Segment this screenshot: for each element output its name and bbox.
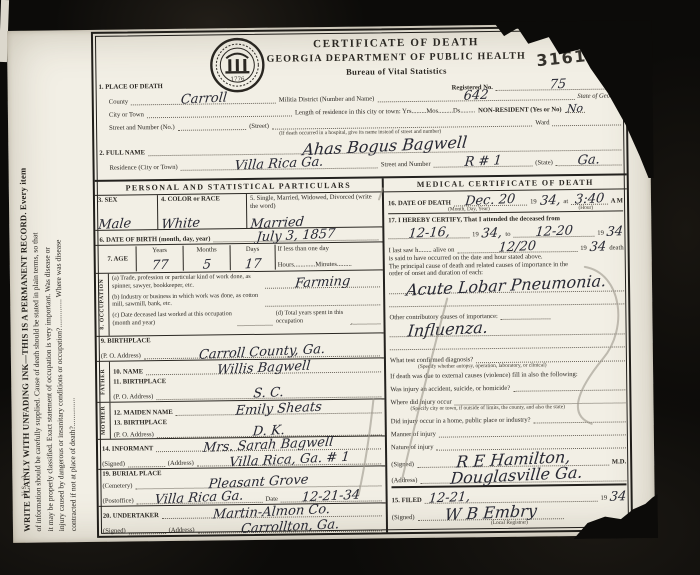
color-cell: 4. COLOR or RACE White (157, 194, 246, 229)
color-label: 4. COLOR or RACE (161, 195, 243, 203)
father-birthplace-handwriting: S. C. (253, 386, 285, 401)
nonresident-handwriting: No (566, 103, 583, 115)
certificate-form: 1776 CERTIFICATE OF DEATH GEORGIA DEPART… (91, 25, 633, 538)
manner-row: Manner of injury (391, 425, 626, 438)
state-label: (State) (535, 159, 553, 166)
nature-label: Nature of injury (391, 444, 434, 452)
father-name-line: Willis Bagwell (146, 360, 381, 375)
place-of-death-section: 1. PLACE OF DEATH County Carroll Militia… (99, 77, 622, 171)
date-of-death-row: 16. DATE OF DEATH Dec. 20 19 34, at 3:40… (388, 192, 623, 207)
age-days-cell: Days 17 (230, 245, 275, 271)
mother-name-line: Emily Sheats (176, 401, 382, 416)
md-label: M.D. (612, 458, 626, 465)
undertaker-signed-label: (Signed) (103, 528, 126, 535)
last-saw-handwriting: 12/20 (498, 240, 537, 255)
age-less-label: If less than one day (278, 245, 329, 253)
margin-instructions: WRITE PLAINLY WITH UNFADING INK—THIS IS … (15, 79, 85, 532)
occupation-b-line (265, 295, 380, 306)
mother-name-handwriting: Emily Sheats (235, 401, 322, 418)
place-of-death-label: 1. PLACE OF DEATH (99, 83, 163, 91)
mother-block: MOTHER 12. MAIDEN NAME Emily Sheats 13. … (97, 399, 384, 440)
city-label: City or Town (109, 111, 144, 118)
informant-address-label: (Address) (168, 460, 194, 467)
form-columns: PERSONAL AND STATISTICAL PARTICULARS 3. … (95, 173, 631, 535)
burial-cemetery-line: Pleasant Grove (135, 474, 381, 489)
physician-signed-label: (Signed) (391, 461, 414, 468)
occupation-c-label: (c) Date deceased last worked at this oc… (112, 310, 234, 327)
medical-section-header: MEDICAL CERTIFICATE OF DEATH (384, 175, 627, 192)
age-days-handwriting: 17 (244, 258, 262, 272)
undertaker-gap-line (129, 524, 166, 534)
last-saw-row: I last saw h........ alive on 12/20 19 3… (389, 239, 624, 254)
occupation-c-line (237, 315, 273, 325)
occupation-side-label: 8. OCCUPATION (96, 274, 110, 336)
occupation-a-line: Farming (265, 275, 380, 288)
age-months-cell: Months 5 (183, 245, 230, 271)
street-and-number-label: Street and Number (381, 161, 431, 169)
accident-label: Was injury an accident, suicide, or homi… (390, 385, 510, 393)
form-code: V. S.—2 (22, 476, 28, 496)
ward-line (552, 115, 621, 126)
father-po-label: (P. O. Address) (113, 393, 153, 400)
age-years-cell: Years 77 (136, 246, 183, 272)
death-word: death (609, 244, 623, 251)
mother-maiden-name-label: 12. MAIDEN NAME (114, 409, 173, 417)
birthplace-line: Carroll County, Ga. (144, 344, 380, 359)
residence-line: Villa Rica Ga. (181, 156, 378, 170)
age-label-cell: 7. AGE (100, 246, 136, 271)
dob-handwriting: July 3, 1857 (256, 228, 336, 245)
personal-column: PERSONAL AND STATISTICAL PARTICULARS 3. … (95, 178, 388, 536)
contributory-line: Influenza. (389, 319, 624, 337)
registrar-signature-handwriting: W B Embry (444, 503, 538, 523)
physician-address-label: (Address) (391, 477, 417, 484)
date-of-death-line: Dec. 20 (454, 194, 527, 207)
street-no-line (178, 120, 247, 131)
birthplace-block: 9. BIRTHPLACE (P. O. Address) Carroll Co… (97, 333, 384, 362)
militia-handwriting: 642 (463, 89, 489, 103)
mother-po-label: (P. O. Address) (114, 431, 154, 438)
accident-row: Was injury an accident, suicide, or homi… (390, 380, 625, 393)
militia-line: 642 (377, 88, 574, 102)
attended-to-line: 12-20 (513, 225, 594, 238)
birthplace-po-label: (P. O. Address) (101, 352, 141, 359)
informant-signed-label: (Signed) (102, 461, 125, 468)
did-injury-row: Did injury occur in a home, public place… (391, 412, 626, 425)
full-name-label: 2. FULL NAME (99, 149, 145, 157)
county-line: Carroll (131, 92, 276, 106)
filed-label: 15. FILED (392, 497, 422, 504)
title-department: GEORGIA DEPARTMENT OF PUBLIC HEALTH (211, 50, 581, 66)
burial-date-line: 12-21-34 (281, 489, 382, 502)
burial-cemetery-label: (Cemetery) (102, 482, 132, 489)
occupation-b-label: (b) Industry or business in which work w… (112, 291, 262, 308)
contributory-tail-line (501, 309, 551, 320)
age-days-label: Days (246, 246, 260, 253)
county-label: County (109, 98, 129, 105)
filed-year-handwriting: 34 (609, 490, 627, 504)
informant-block: 14. INFORMANT Mrs. Sarah Bagwell (Signed… (98, 436, 385, 470)
marital-label: 5. Single, Married, Widowed, Divorced (w… (250, 193, 379, 210)
last-saw-year-pre: 19 (580, 245, 587, 252)
occupation-a-label: (a) Trade, profession or particular kind… (112, 273, 262, 290)
age-years-handwriting: 77 (151, 259, 169, 273)
test-caption: (Specify whether autopsy, operation, lab… (418, 362, 547, 370)
accident-line (513, 380, 625, 391)
father-side-label: FATHER (97, 361, 110, 402)
dob-line: July 3, 1857 (213, 228, 378, 242)
residence-handwriting: Villa Rica Ga. (234, 155, 324, 172)
informant-label: 14. INFORMANT (102, 445, 153, 453)
contributory-handwriting: Influenza. (407, 320, 489, 340)
militia-district-label: Militia District (Number and Name) (279, 95, 375, 103)
informant-gap-line (128, 457, 165, 467)
nonresident-label: NON-RESIDENT (Yes or No) (478, 106, 562, 114)
form-header: 1776 CERTIFICATE OF DEATH GEORGIA DEPART… (93, 27, 627, 179)
date-of-death-handwriting: Dec. 20 (465, 193, 516, 208)
attended-from-line: 12-16, (388, 226, 469, 239)
street-and-number-line: R # 1 (434, 155, 533, 168)
length-residence-label: Length of residence in this city or town… (295, 107, 475, 116)
filed-year-pre: 19 (600, 495, 607, 502)
age-months-label: Months (196, 246, 216, 253)
street-paren-label: (Street) (249, 123, 269, 130)
nonresident-line: No (565, 103, 585, 113)
did-injury-line (534, 412, 626, 423)
age-row: 7. AGE Years 77 Months 5 Days 17 (96, 242, 383, 274)
burial-date-label: Date (265, 496, 278, 503)
city-line (147, 106, 292, 118)
burial-postoffice-line: Villa Rica Ga. (137, 491, 263, 505)
occupation-d-line (350, 314, 381, 324)
dod-time-handwriting: 3:40 (574, 192, 604, 206)
age-hours-minutes-label: Hours.............Minutes......... (278, 261, 352, 269)
undertaker-block: 20. UNDERTAKER Martin-Almon Co. (Signed)… (99, 503, 386, 536)
physician-address-row: (Address) Douglasville Ga. (391, 466, 626, 488)
medical-column: MEDICAL CERTIFICATE OF DEATH 16. DATE OF… (384, 175, 631, 532)
attended-to-year-pre: 19 (597, 230, 604, 237)
sex-label: 3. SEX (98, 196, 154, 204)
sex-cell: 3. SEX Male (95, 195, 157, 230)
physician-address-line: Douglasville Ga. (420, 466, 626, 484)
last-saw-year-handwriting: 34 (589, 240, 607, 254)
death-certificate-document: WRITE PLAINLY WITH UNFADING INK—THIS IS … (7, 23, 655, 543)
manner-label: Manner of injury (391, 431, 436, 439)
did-injury-label: Did injury occur in a home, public place… (391, 417, 531, 426)
cause-line: Acute Lobar Pneumonia. (389, 276, 624, 294)
manner-line (439, 425, 626, 437)
occupation-a-handwriting: Farming (294, 274, 350, 290)
occupation-body: (a) Trade, profession or particular kind… (109, 270, 384, 335)
last-saw-line: 12/20 (457, 240, 577, 253)
attended-to-year-handwriting: 34 (606, 225, 624, 239)
mother-side-label: MOTHER (97, 403, 110, 439)
sex-color-marital-row: 3. SEX Male 4. COLOR or RACE White 5. Si… (95, 192, 382, 231)
age-label: 7. AGE (107, 255, 128, 262)
attended-from-handwriting: 12-16, (407, 226, 450, 241)
burial-postoffice-label: (Postoffice) (103, 497, 134, 504)
county-handwriting: Carroll (180, 91, 227, 106)
attended-row: 12-16, 19 34, to 12-20 19 34 (388, 224, 623, 239)
father-birthplace-label: 11. BIRTHPLACE (113, 378, 166, 386)
physician-address-handwriting: Douglasville Ga. (450, 465, 584, 487)
attended-from-year-handwriting: 34, (481, 227, 503, 241)
occupation-block: 8. OCCUPATION (a) Trade, profession or p… (96, 270, 384, 336)
state-handwriting: Ga. (577, 153, 600, 167)
age-months-handwriting: 5 (202, 258, 211, 271)
to-label: to (505, 231, 510, 238)
state-line: Ga. (556, 153, 622, 166)
external-label: If death was due to external causes (vio… (390, 371, 578, 380)
undertaker-address-label: (Address) (169, 527, 195, 534)
burial-postoffice-handwriting: Villa Rica Ga. (155, 489, 245, 506)
residence-label: Residence (City or Town) (110, 164, 178, 172)
father-name-handwriting: Willis Bagwell (216, 359, 310, 376)
dod-year-handwriting: 34, (539, 194, 561, 208)
father-birthplace-line: S. C. (156, 385, 381, 400)
father-block: FATHER 10. NAME Willis Bagwell 11. BIRTH… (97, 358, 384, 403)
dod-time-line: 3:40 (571, 193, 608, 205)
occupation-d-label: (d) Total years spent in this occupation (276, 309, 347, 325)
certify-label: 17. I HEREBY CERTIFY, That I attended th… (388, 215, 560, 224)
street-and-number-handwriting: R # 1 (464, 154, 502, 169)
last-saw-label: I last saw h........ alive on (389, 246, 455, 254)
birthplace-label: 9. BIRTHPLACE (101, 337, 151, 345)
street-number-label: Street and Number (No.) (109, 124, 175, 132)
attended-to-handwriting: 12-20 (535, 224, 574, 239)
principal-line-2: order of onset and duration of each: (389, 269, 483, 277)
undertaker-address-handwriting: Carrollton, Ga. (240, 518, 339, 536)
where-caption: (Specify city or town, if outside of lim… (411, 404, 566, 412)
undertaker-label: 20. UNDERTAKER (103, 512, 159, 520)
father-name-label: 10. NAME (113, 368, 143, 375)
title-bureau: Bureau of Vital Statistics (211, 64, 581, 79)
undertaker-signed-line: Martin-Almon Co. (162, 504, 382, 519)
ward-label: Ward (535, 119, 549, 126)
burial-block: 19. BURIAL PLACE (Cemetery) Pleasant Gro… (98, 466, 385, 507)
marital-cell: 5. Single, Married, Widowed, Divorced (w… (246, 192, 382, 228)
age-less-cell: If less than one day Hours.............M… (275, 243, 379, 269)
attended-from-year-pre: 19 (472, 231, 479, 238)
full-name-line: Ahas Bogus Bagwell (148, 135, 622, 156)
age-years-label: Years (152, 247, 167, 254)
dob-label: 6. DATE OF BIRTH (month, day, year) (99, 235, 210, 243)
